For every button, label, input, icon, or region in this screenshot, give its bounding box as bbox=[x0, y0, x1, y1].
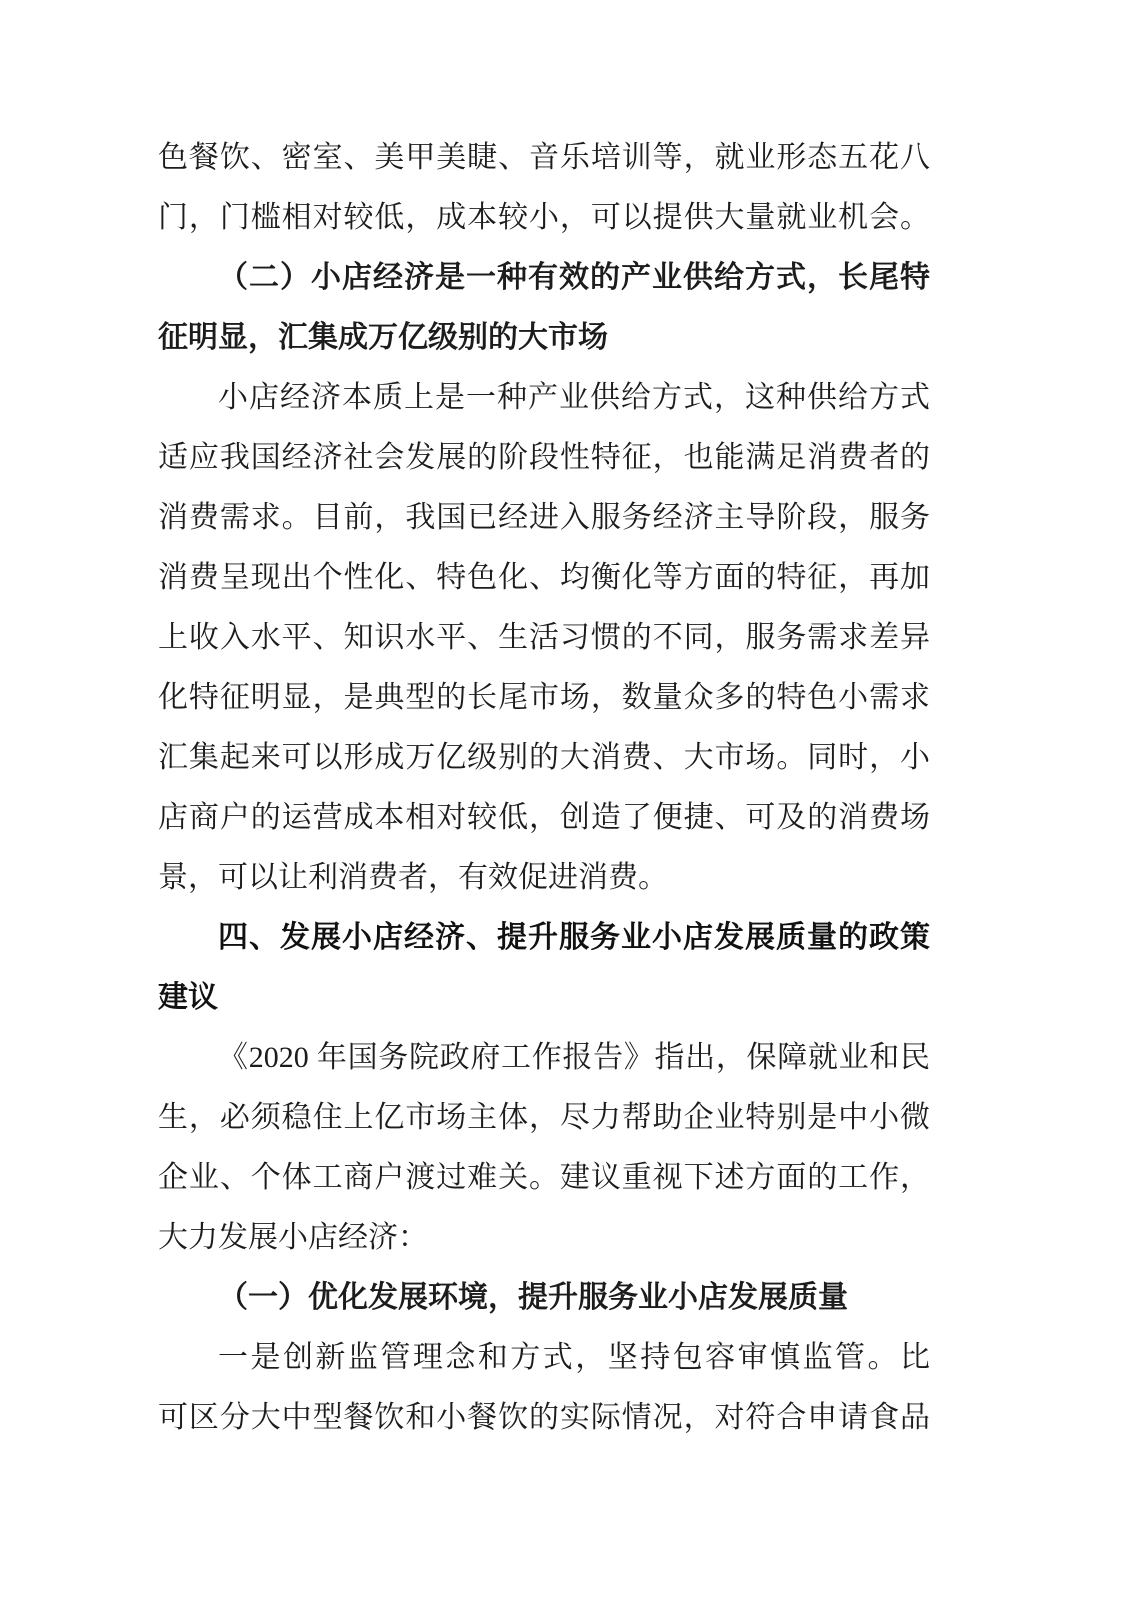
document-text-block: 色餐饮、密室、美甲美睫、音乐培训等，就业形态五花八门，门槛相对较低，成本较小，可… bbox=[158, 128, 930, 1448]
body-text-line: 上收入水平、知识水平、生活习惯的不同，服务需求差异 bbox=[158, 608, 930, 668]
subsection-heading-line: （二）小店经济是一种有效的产业供给方式，长尾特 bbox=[158, 248, 930, 308]
body-text-line: 消费呈现出个性化、特色化、均衡化等方面的特征，再加 bbox=[158, 548, 930, 608]
body-text-line: 化特征明显，是典型的长尾市场，数量众多的特色小需求 bbox=[158, 668, 930, 728]
body-text-line: 一是创新监管理念和方式，坚持包容审慎监管。比如， bbox=[158, 1328, 930, 1388]
body-text-line: 小店经济本质上是一种产业供给方式，这种供给方式 bbox=[158, 368, 930, 428]
body-text-line: 适应我国经济社会发展的阶段性特征，也能满足消费者的 bbox=[158, 428, 930, 488]
body-text-line: 色餐饮、密室、美甲美睫、音乐培训等，就业形态五花八 bbox=[158, 128, 930, 188]
body-text-line: 大力发展小店经济： bbox=[158, 1208, 930, 1268]
body-text-line: 可区分大中型餐饮和小餐饮的实际情况，对符合申请食品 bbox=[158, 1388, 930, 1448]
body-text-line: 门，门槛相对较低，成本较小，可以提供大量就业机会。 bbox=[158, 188, 930, 248]
body-text-line: 汇集起来可以形成万亿级别的大消费、大市场。同时，小 bbox=[158, 728, 930, 788]
body-text-line: 生，必须稳住上亿市场主体，尽力帮助企业特别是中小微 bbox=[158, 1088, 930, 1148]
body-text-line: 《2020 年国务院政府工作报告》指出，保障就业和民 bbox=[158, 1028, 930, 1088]
section-heading-line: 四、发展小店经济、提升服务业小店发展质量的政策 bbox=[158, 908, 930, 968]
section-heading-line: 建议 bbox=[158, 968, 930, 1028]
body-text-line: 企业、个体工商户渡过难关。建议重视下述方面的工作， bbox=[158, 1148, 930, 1208]
subsection-heading-line: （一）优化发展环境，提升服务业小店发展质量 bbox=[158, 1268, 930, 1328]
body-text-line: 景，可以让利消费者，有效促进消费。 bbox=[158, 848, 930, 908]
body-text-line: 消费需求。目前，我国已经进入服务经济主导阶段，服务 bbox=[158, 488, 930, 548]
subsection-heading-line: 征明显，汇集成万亿级别的大市场 bbox=[158, 308, 930, 368]
document-page: 色餐饮、密室、美甲美睫、音乐培训等，就业形态五花八门，门槛相对较低，成本较小，可… bbox=[0, 0, 1130, 1600]
body-text-line: 店商户的运营成本相对较低，创造了便捷、可及的消费场 bbox=[158, 788, 930, 848]
